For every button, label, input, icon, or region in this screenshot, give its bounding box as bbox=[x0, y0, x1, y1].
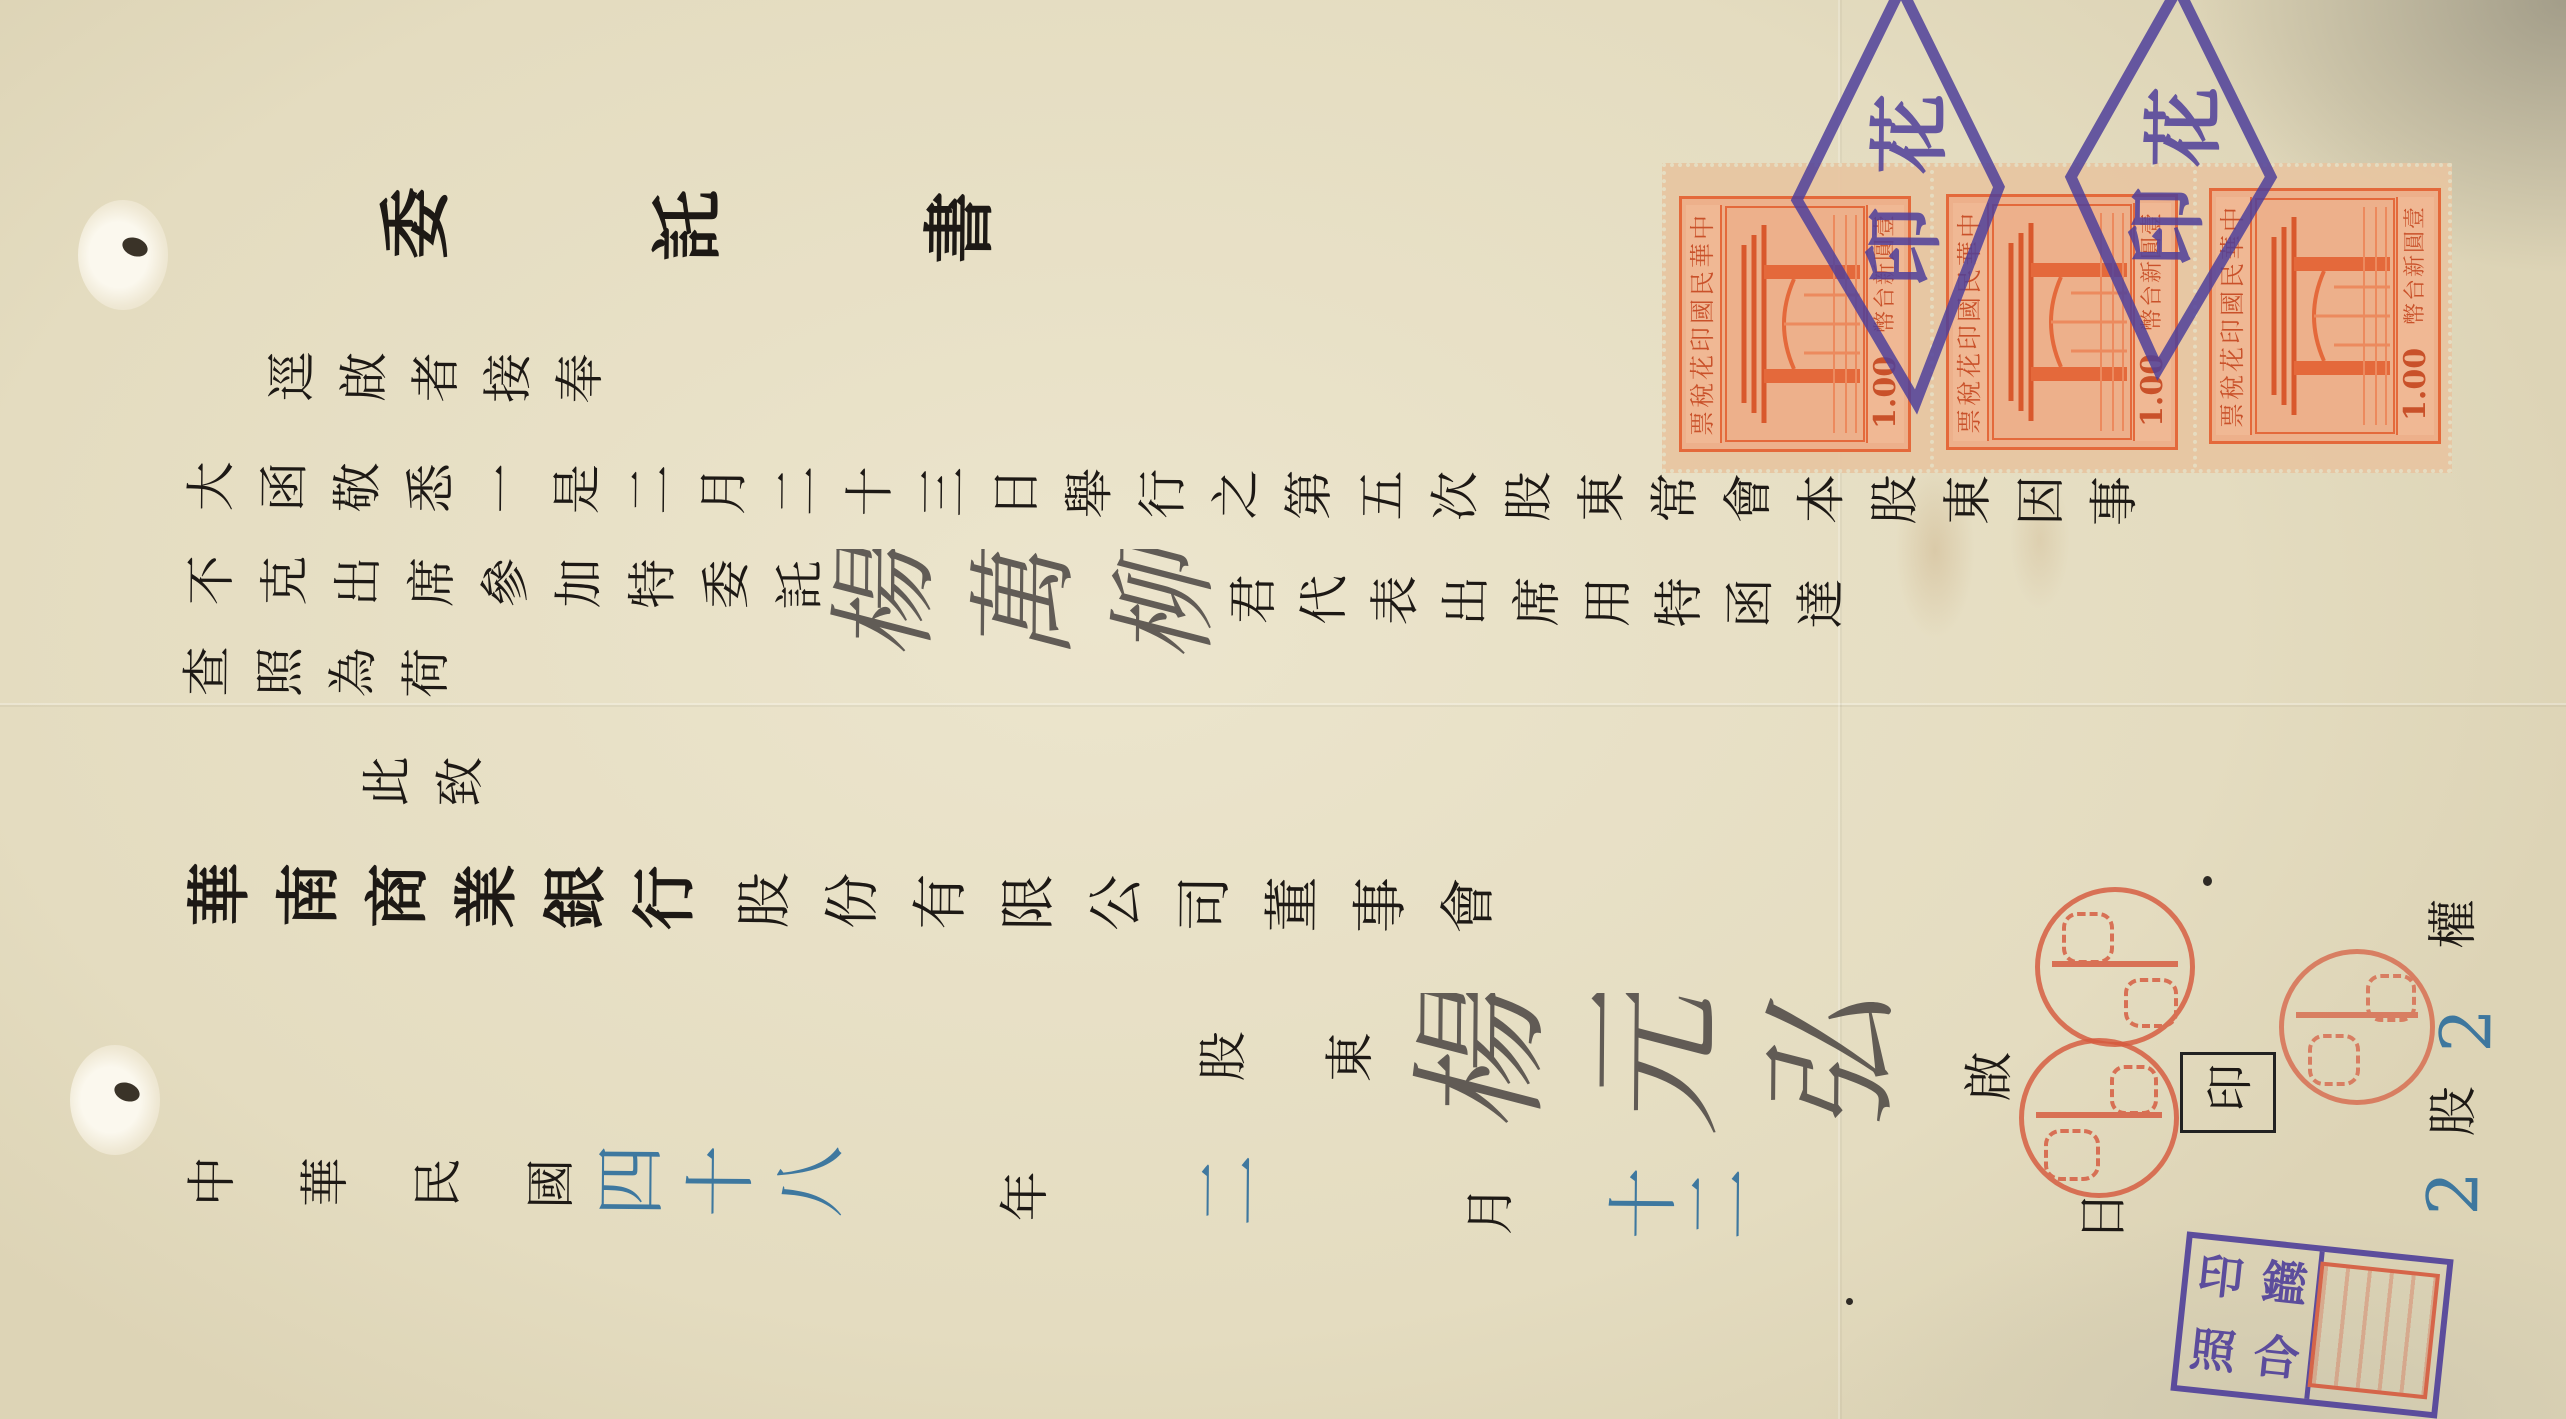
red-round-seal-icon bbox=[2019, 1038, 2179, 1198]
date-month-handwritten: 二 bbox=[1190, 1160, 1263, 1233]
margin-unit-votes: 權 bbox=[2426, 903, 2476, 953]
stamp-denomination: 壹圓新台幣 bbox=[2398, 205, 2434, 325]
document-title: 委託書 bbox=[377, 193, 1194, 271]
seal-verification-stamp: 印 鑑 照 合 bbox=[2170, 1231, 2453, 1418]
verification-char: 合 bbox=[2241, 1318, 2312, 1398]
stamp-value: 1.00 bbox=[2135, 354, 2171, 427]
stamp-issuer-text: 中華民國印花稅票 bbox=[1686, 205, 1722, 443]
addressee-bank-name: 華南商業銀行 bbox=[185, 868, 719, 936]
proxy-handwritten-signature: 楊萬柳 bbox=[825, 558, 1246, 671]
date-year-handwritten: 四十八 bbox=[592, 1150, 863, 1224]
body-line-3: 查照為荷 bbox=[180, 650, 472, 702]
red-round-seal-icon bbox=[2279, 949, 2435, 1105]
margin-handwritten-value: 2 bbox=[2412, 1158, 2495, 1229]
date-month-unit: 月 bbox=[1463, 1189, 1513, 1239]
gate-illustration-icon bbox=[2254, 197, 2396, 435]
punch-hole bbox=[70, 1045, 160, 1155]
margin-unit-shares: 股 bbox=[2426, 1090, 2476, 1140]
date-era: 中華民國 bbox=[185, 1160, 637, 1214]
margin-handwritten-value: 2 bbox=[2425, 995, 2508, 1066]
body-line-1: 大函敬悉一是二月二十三日舉行之第五次股東常會本股東因事 bbox=[184, 465, 2161, 531]
punch-hole-tear bbox=[112, 1079, 143, 1105]
chop-character: 印 bbox=[2124, 193, 2205, 274]
seal-stroke bbox=[2062, 912, 2114, 964]
chop-character: 印 bbox=[1861, 213, 1942, 294]
date-year-unit: 年 bbox=[998, 1175, 1048, 1225]
scanned-proxy-letter: 委託書 逕啟者接奉 大函敬悉一是二月二十三日舉行之第五次股東常會本股東因事 不克… bbox=[0, 0, 2566, 1419]
shareholder-handwritten-signature: 楊元弘 bbox=[1406, 1005, 1932, 1149]
ink-speck bbox=[2203, 876, 2212, 886]
punch-hole bbox=[78, 200, 168, 310]
date-day-handwritten: 十二 bbox=[1605, 1173, 1756, 1246]
seal-stroke bbox=[2110, 1065, 2158, 1115]
verification-char: 照 bbox=[2177, 1312, 2248, 1392]
addressee-board: 股份有限公司董事會 bbox=[734, 877, 1526, 939]
stamp-value: 1.00 bbox=[1868, 356, 1904, 429]
seal-stroke bbox=[2308, 1034, 2360, 1086]
signatory-suffix: 啟 bbox=[1962, 1055, 2012, 1105]
ink-speck bbox=[1846, 1298, 1853, 1305]
stamp-value: 1.00 bbox=[2398, 348, 2434, 421]
verification-char: 鑑 bbox=[2248, 1245, 2319, 1325]
body-line-2-end: 君代表出席用特函達 bbox=[1226, 578, 1865, 633]
punch-hole-tear bbox=[120, 234, 151, 260]
red-round-seal-icon bbox=[2035, 887, 2195, 1047]
verification-char: 印 bbox=[2185, 1238, 2256, 1318]
seal-stroke bbox=[2366, 974, 2416, 1022]
stamp-issuer-text: 中華民國印花稅票 bbox=[1953, 203, 1989, 441]
salutation: 逕啟者接奉 bbox=[265, 355, 625, 408]
chop-character: 花 bbox=[2141, 93, 2222, 174]
seal-box-label: 印 bbox=[2204, 1068, 2252, 1116]
revenue-stamp: 中華民國印花稅票 1.00 壹圓新台幣 bbox=[2209, 188, 2441, 444]
date-day-unit: 日 bbox=[2076, 1195, 2126, 1245]
stamp-issuer-text: 中華民國印花稅票 bbox=[2216, 197, 2252, 435]
closing-phrase: 此致 bbox=[360, 760, 506, 811]
gate-illustration-icon bbox=[1724, 205, 1866, 443]
red-square-seal-icon bbox=[2308, 1262, 2441, 1400]
seal-stroke bbox=[2044, 1129, 2100, 1181]
chop-character: 花 bbox=[1867, 100, 1948, 181]
verification-label: 印 鑑 照 合 bbox=[2177, 1238, 2325, 1399]
gate-illustration-icon bbox=[1991, 203, 2133, 441]
body-line-2-start: 不克出席參加特委託 bbox=[184, 559, 847, 614]
seal-stroke bbox=[2124, 978, 2178, 1028]
